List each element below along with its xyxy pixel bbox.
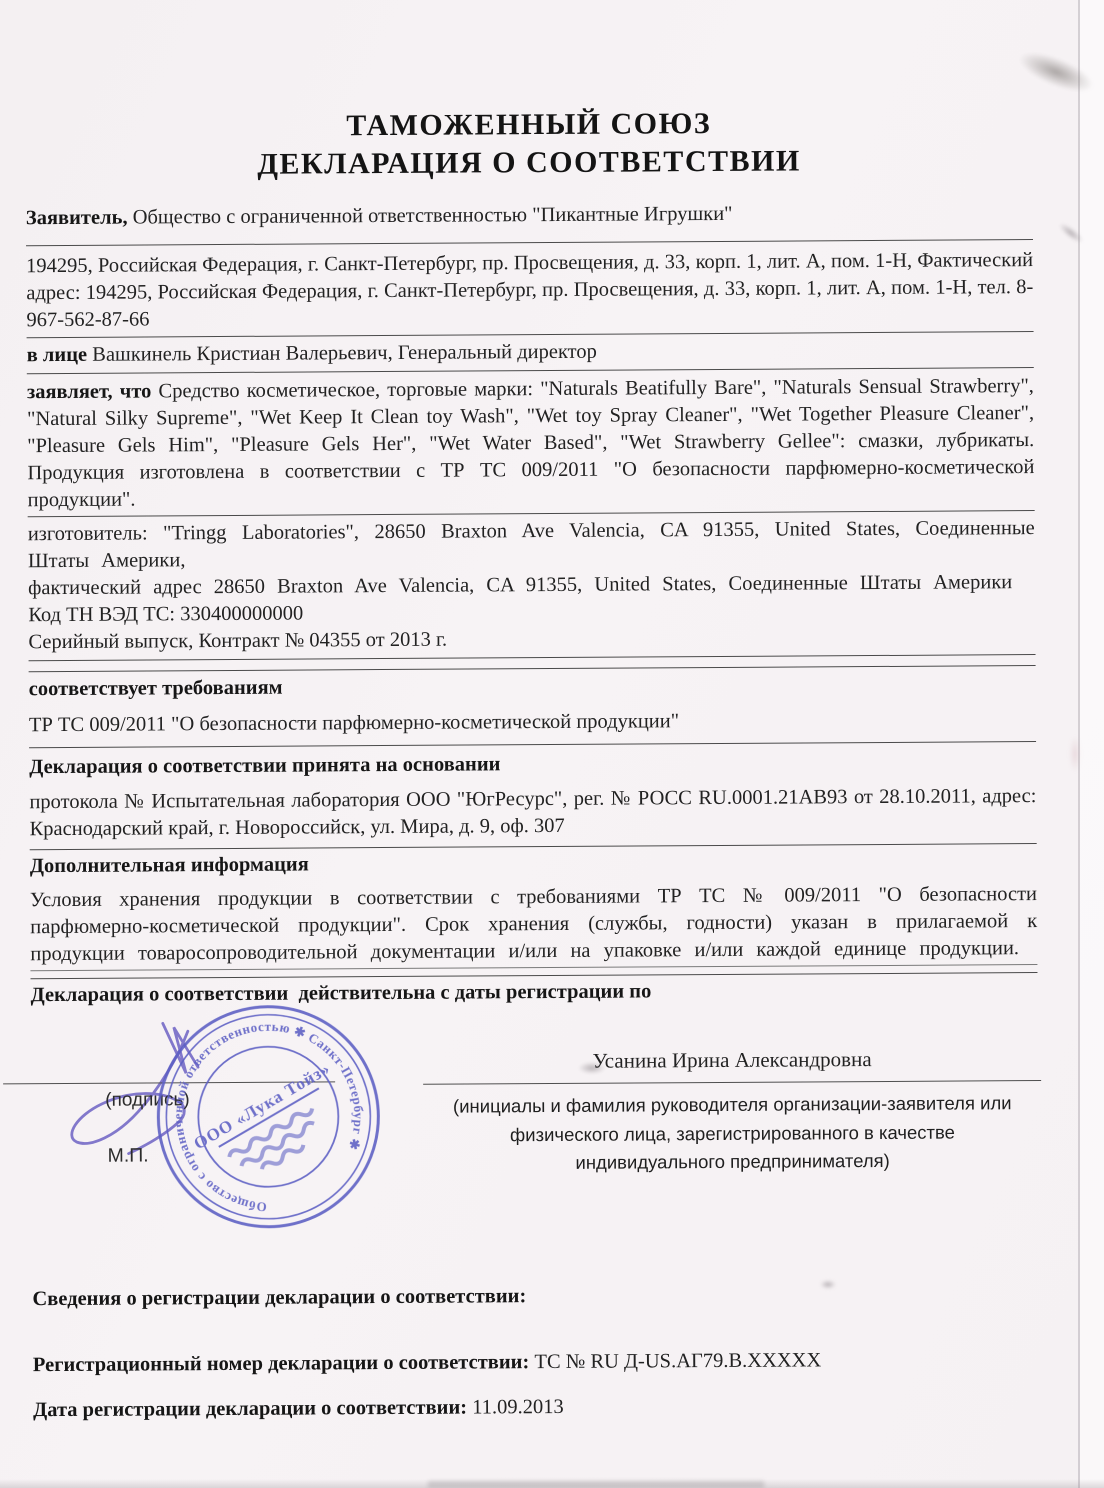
declares-label: заявляет, что xyxy=(27,380,152,403)
registration-info-heading: Сведения о регистрации декларации о соот… xyxy=(32,1280,1039,1313)
additional-value: Условия хранения продукции в соответстви… xyxy=(30,881,1037,968)
registration-number-row: Регистрационный номер декларации о соотв… xyxy=(33,1346,1040,1379)
additional-heading: Дополнительная информация xyxy=(30,847,1037,880)
conforms-value: ТР ТС 009/2011 "О безопасности парфюмерн… xyxy=(29,706,1036,739)
declares-value: Средство косметическое, торговые марки: … xyxy=(27,375,1034,511)
divider xyxy=(29,741,1036,748)
applicant-value: Общество с ограниченной ответственностью… xyxy=(133,203,733,229)
head-name-line xyxy=(423,1080,1041,1085)
in-person-label: в лице xyxy=(27,344,88,366)
basis-value: протокола № Испытательная лаборатория ОО… xyxy=(29,783,1036,843)
registration-date-value: 11.09.2013 xyxy=(472,1396,564,1419)
registration-number-label: Регистрационный номер декларации о соотв… xyxy=(33,1351,530,1376)
head-name: Усанина Ирина Александровна xyxy=(423,1046,1041,1075)
conforms-heading: соответствует требованиям xyxy=(29,670,1036,703)
scanned-declaration-page: ТАМОЖЕННЫЙ СОЮЗ ДЕКЛАРАЦИЯ О СООТВЕТСТВИ… xyxy=(0,0,1104,1488)
serial-line: Серийный выпуск, Контракт № 04355 от 201… xyxy=(28,623,1035,656)
bottom-scan-mark xyxy=(428,1481,764,1488)
applicant-address: 194295, Российская Федерация, г. Санкт-П… xyxy=(26,247,1033,334)
registration-number-value: ТС № RU Д-US.АГ79.В.XXXXX xyxy=(534,1349,821,1373)
signature-block: (подпись) М.П. Усанина Ирина Александров… xyxy=(31,1006,1039,1250)
divider xyxy=(26,239,1033,246)
in-person-row: в лице Вашкинель Кристиан Валерьевич, Ге… xyxy=(27,336,1034,369)
registration-date-label: Дата регистрации декларации о соответств… xyxy=(33,1397,467,1422)
document-content: ТАМОЖЕННЫЙ СОЮЗ ДЕКЛАРАЦИЯ О СООТВЕТСТВИ… xyxy=(0,0,1104,1424)
document-title-line2: ДЕКЛАРАЦИЯ О СООТВЕТСТВИИ xyxy=(25,141,1032,185)
stamp-mid-ring xyxy=(166,1014,371,1219)
company-round-stamp: Общество с ограниченной ответственностью… xyxy=(117,966,419,1268)
scanner-background-strip xyxy=(1080,0,1104,1488)
scan-smudge xyxy=(820,1280,836,1289)
scan-smudge xyxy=(578,1062,606,1074)
in-person-value: Вашкинель Кристиан Валерьевич, Генеральн… xyxy=(92,341,597,366)
scan-smudge xyxy=(1070,736,1080,772)
applicant-label: Заявитель, xyxy=(26,207,128,230)
declares-row: заявляет, что Средство косметическое, то… xyxy=(27,373,1035,514)
basis-heading: Декларация о соответствии принята на осн… xyxy=(29,748,1036,781)
head-name-caption: (инициалы и фамилия руководителя организ… xyxy=(443,1089,1022,1178)
registration-date-row: Дата регистрации декларации о соответств… xyxy=(33,1391,1040,1424)
applicant-row: Заявитель, Общество с ограниченной ответ… xyxy=(26,199,1033,232)
manufacturer-line: изготовитель: "Tringg Laboratories", 286… xyxy=(28,515,1035,575)
document-title-line1: ТАМОЖЕННЫЙ СОЮЗ xyxy=(25,103,1032,147)
